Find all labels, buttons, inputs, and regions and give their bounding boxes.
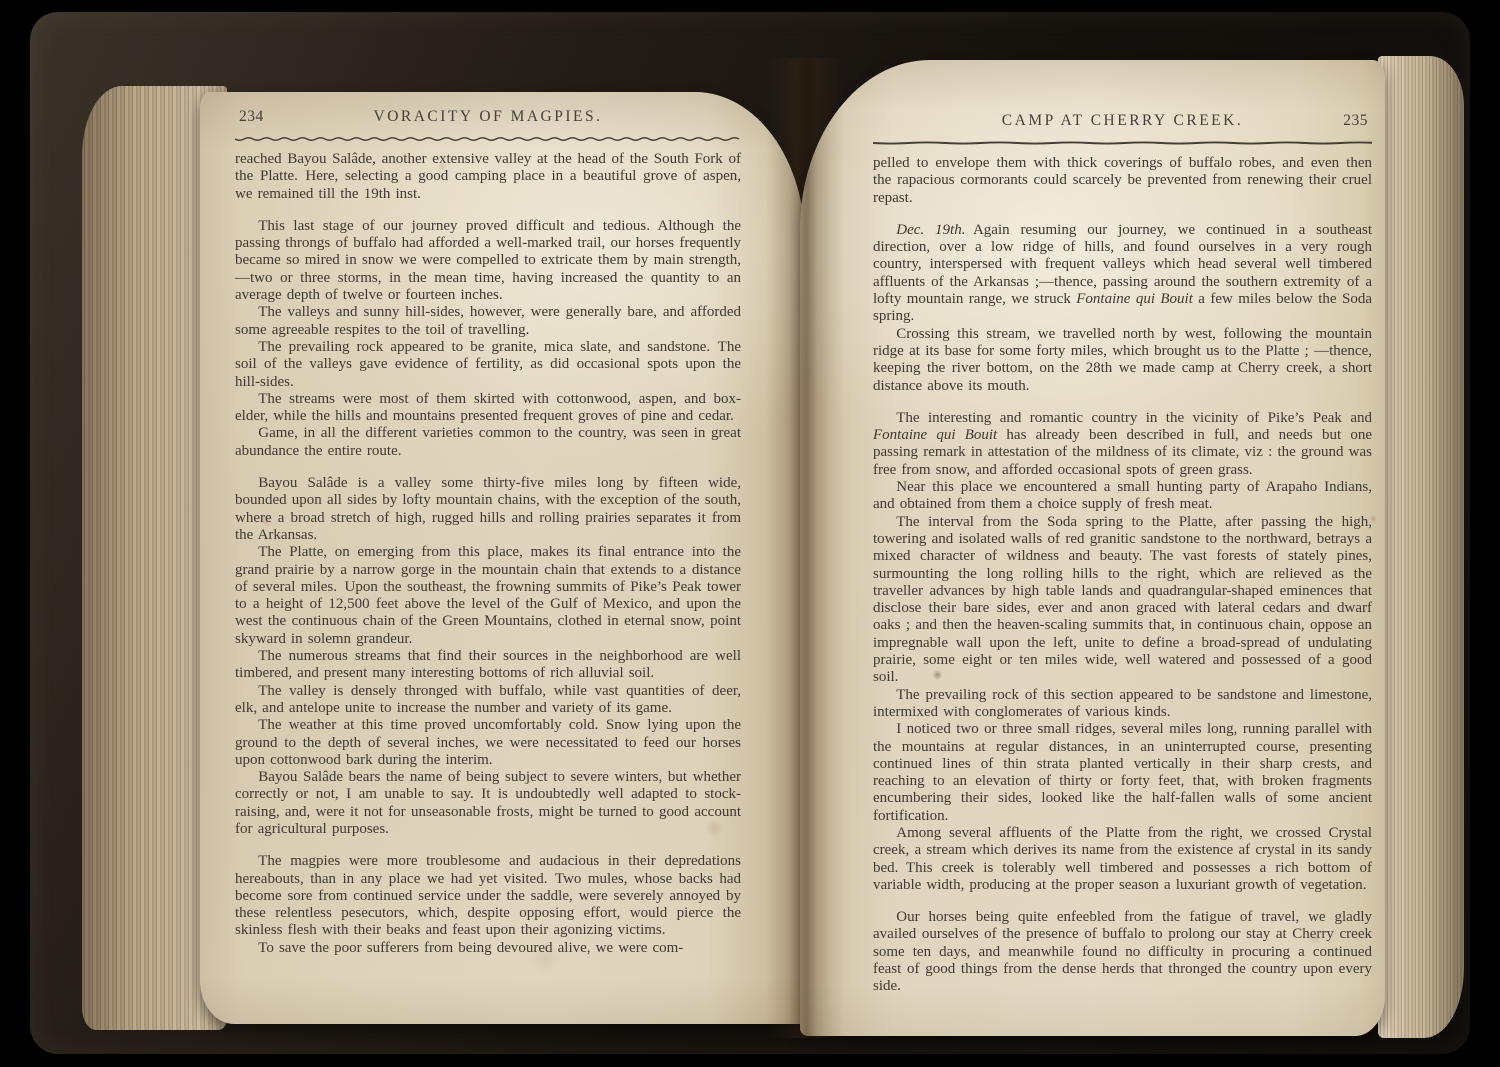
text-run: To save the poor sufferers from being de…: [258, 940, 683, 956]
text-run: The numerous streams that find their sou…: [235, 648, 741, 681]
italic-phrase: Dec. 19th.: [896, 222, 965, 238]
text-run: Among several affluents of the Platte fr…: [873, 825, 1372, 893]
left-page-header: 234 VORACITY OF MAGPIES.: [235, 108, 741, 132]
text-run: The valley is densely thronged with buff…: [235, 683, 741, 716]
paragraph: The interesting and romantic country in …: [873, 410, 1372, 479]
left-page-body: reached Bayou Salâde, another extensive …: [235, 151, 741, 957]
paragraph: The magpies were more troublesome and au…: [235, 853, 741, 939]
text-run: The interval from the Soda spring to the…: [873, 514, 1372, 686]
right-page-text-block: CAMP AT CHERRY CREEK. 235 pelled to enve…: [873, 112, 1372, 996]
paragraph: The valleys and sunny hill-sides, howeve…: [235, 304, 741, 339]
paragraph: Near this place we encountered a small h…: [873, 479, 1372, 514]
header-rule-wavy: [235, 135, 741, 143]
text-run: I noticed two or three small ridges, sev…: [873, 721, 1372, 823]
paragraph: I noticed two or three small ridges, sev…: [873, 721, 1372, 825]
paragraph: Crossing this stream, we travelled north…: [873, 326, 1372, 395]
page-stack-fore-edge-right: [1378, 56, 1464, 1038]
right-page-body: pelled to envelope them with thick cover…: [873, 155, 1372, 996]
paragraph: This last stage of our journey proved di…: [235, 218, 741, 304]
text-run: The valleys and sunny hill-sides, howeve…: [235, 304, 741, 337]
running-head: VORACITY OF MAGPIES.: [235, 108, 741, 126]
header-rule: [873, 139, 1372, 147]
left-page-text-block: 234 VORACITY OF MAGPIES. reached Bayou S…: [235, 108, 741, 957]
paragraph: To save the poor sufferers from being de…: [235, 940, 741, 957]
paragraph: Dec. 19th. Again resuming our journey, w…: [873, 222, 1372, 326]
italic-phrase: Fontaine qui Bouit: [873, 427, 997, 443]
text-run: Our horses being quite enfeebled from th…: [873, 909, 1372, 994]
paragraph: Game, in all the different varieties com…: [235, 425, 741, 460]
paragraph: The prevailing rock appeared to be grani…: [235, 339, 741, 391]
paragraph: The interval from the Soda spring to the…: [873, 514, 1372, 687]
paragraph: pelled to envelope them with thick cover…: [873, 155, 1372, 207]
paragraph: Among several affluents of the Platte fr…: [873, 825, 1372, 894]
text-run: Near this place we encountered a small h…: [873, 479, 1372, 512]
italic-phrase: Fontaine qui Bouit: [1076, 291, 1193, 307]
text-run: The weather at this time proved uncomfor…: [235, 717, 741, 768]
paragraph: reached Bayou Salâde, another extensive …: [235, 151, 741, 203]
paragraph: The streams were most of them skirted wi…: [235, 391, 741, 426]
text-run: The Platte, on emerging from this place,…: [235, 544, 741, 646]
book-cover: 234 VORACITY OF MAGPIES. reached Bayou S…: [30, 12, 1470, 1054]
text-run: This last stage of our journey proved di…: [235, 218, 741, 303]
text-run: Bayou Salâde is a valley some thirty-fiv…: [235, 475, 741, 543]
paragraph: The prevailing rock of this section appe…: [873, 687, 1372, 722]
right-page-header: CAMP AT CHERRY CREEK. 235: [873, 112, 1372, 136]
text-run: The prevailing rock appeared to be grani…: [235, 339, 741, 390]
text-run: Bayou Salâde bears the name of being sub…: [235, 769, 741, 837]
paragraph: The weather at this time proved uncomfor…: [235, 717, 741, 769]
paragraph: Bayou Salâde bears the name of being sub…: [235, 769, 741, 838]
text-run: The streams were most of them skirted wi…: [235, 391, 741, 424]
text-run: Crossing this stream, we travelled north…: [873, 326, 1372, 394]
text-run: The prevailing rock of this section appe…: [873, 687, 1372, 720]
page-number: 235: [1343, 112, 1368, 130]
paragraph: The valley is densely thronged with buff…: [235, 683, 741, 718]
text-run: pelled to envelope them with thick cover…: [873, 155, 1372, 206]
text-run: Game, in all the different varieties com…: [235, 425, 741, 458]
paragraph: The numerous streams that find their sou…: [235, 648, 741, 683]
paragraph: The Platte, on emerging from this place,…: [235, 544, 741, 648]
paragraph: Bayou Salâde is a valley some thirty-fiv…: [235, 475, 741, 544]
text-run: The interesting and romantic country in …: [896, 410, 1372, 426]
text-run: reached Bayou Salâde, another extensive …: [235, 151, 741, 202]
running-head: CAMP AT CHERRY CREEK.: [873, 112, 1372, 130]
paragraph: Our horses being quite enfeebled from th…: [873, 909, 1372, 995]
text-run: The magpies were more troublesome and au…: [235, 853, 741, 938]
